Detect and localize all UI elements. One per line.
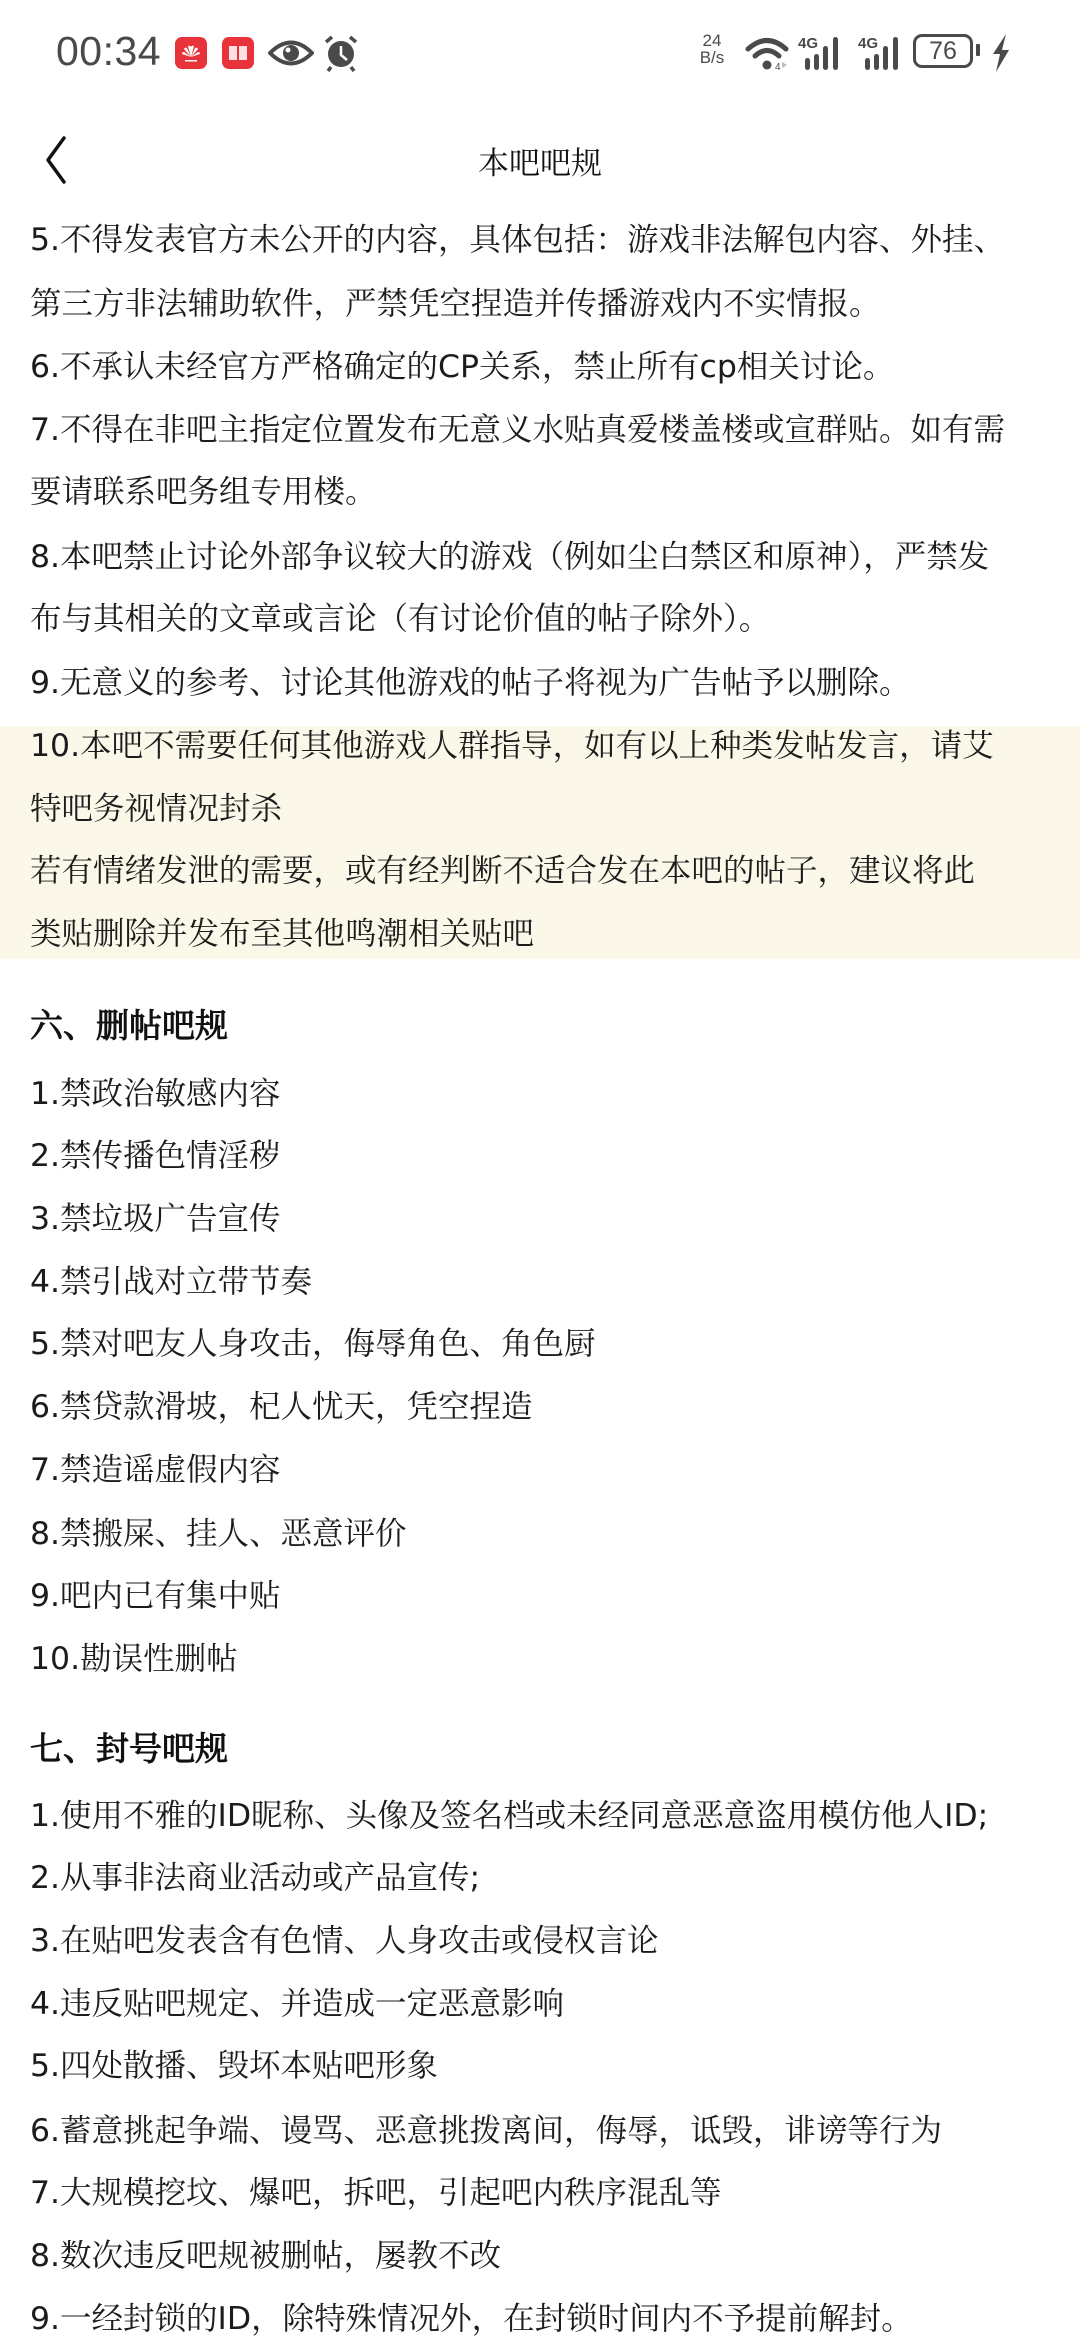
- ban-rule-item: 2.从事非法商业活动或产品宣传;: [30, 1858, 1060, 1898]
- highlighted-line: 10.本吧不需要任何其他游戏人群指导，如有以上种类发帖发言，请艾: [30, 726, 1060, 766]
- alarm-icon: [323, 34, 359, 76]
- network-speed-value: 24: [692, 32, 732, 49]
- rule-line: 8.本吧禁止讨论外部争议较大的游戏（例如尘白禁区和原神），严禁发: [30, 537, 1060, 577]
- rule-line: 布与其相关的文章或言论（有讨论价值的帖子除外）。: [30, 599, 1060, 639]
- 4g-signal-icon-2: 4G: [858, 32, 910, 78]
- ban-rule-item: 3.在贴吧发表含有色情、人身攻击或侵权言论: [30, 1921, 1060, 1961]
- huawei-app-icon: [175, 37, 207, 69]
- 4g-signal-icon: 4G: [798, 32, 850, 78]
- delete-rule-item: 1.禁政治敏感内容: [30, 1074, 1060, 1114]
- rule-line: 要请联系吧务组专用楼。: [30, 472, 1060, 512]
- rule-line: 7.不得在非吧主指定位置发布无意义水贴真爱楼盖楼或宣群贴。如有需: [30, 410, 1060, 450]
- highlighted-line: 类贴删除并发布至其他鸣潮相关贴吧: [30, 914, 1060, 954]
- clock: 00:34: [56, 28, 161, 75]
- network-speed: 24 B/s: [692, 32, 732, 66]
- battery-indicator: 76: [913, 34, 973, 68]
- delete-rule-item: 9.吧内已有集中贴: [30, 1576, 1060, 1616]
- status-bar: 00:34 24 B/s 4 4G 4G 76: [0, 0, 1080, 110]
- delete-rule-item: 5.禁对吧友人身攻击，侮辱角色、角色厨: [30, 1324, 1060, 1364]
- network-speed-unit: B/s: [692, 49, 732, 66]
- rule-line: 5.不得发表官方未公开的内容，具体包括：游戏非法解包内容、外挂、: [30, 220, 1060, 260]
- ban-rule-item: 8.数次违反吧规被删帖，屡教不改: [30, 2236, 1060, 2276]
- delete-rule-item: 2.禁传播色情淫秽: [30, 1136, 1060, 1176]
- highlighted-line: 若有情绪发泄的需要，或有经判断不适合发在本吧的帖子，建议将此: [30, 851, 1060, 891]
- delete-rule-item: 4.禁引战对立带节奏: [30, 1262, 1060, 1302]
- svg-text:4: 4: [775, 62, 781, 72]
- battery-tip: [976, 44, 980, 56]
- nav-bar: 本吧吧规: [0, 110, 1080, 210]
- rule-line: 第三方非法辅助软件，严禁凭空捏造并传播游戏内不实情报。: [30, 284, 1060, 324]
- section-heading-ban-rules: 七、封号吧规: [30, 1729, 228, 1769]
- charging-bolt-icon: [990, 34, 1012, 76]
- svg-text:4G: 4G: [858, 35, 878, 52]
- delete-rule-item: 8.禁搬屎、挂人、恶意评价: [30, 1514, 1060, 1554]
- delete-rule-item: 6.禁贷款滑坡，杞人忧天，凭空捏造: [30, 1387, 1060, 1427]
- ban-rule-item: 4.违反贴吧规定、并造成一定恶意影响: [30, 1984, 1060, 2024]
- delete-rule-item: 3.禁垃圾广告宣传: [30, 1199, 1060, 1239]
- section-heading-delete-rules: 六、删帖吧规: [30, 1006, 228, 1046]
- ban-rule-item: 5.四处散播、毁坏本贴吧形象: [30, 2046, 1060, 2086]
- highlighted-line: 特吧务视情况封杀: [30, 789, 1060, 829]
- ban-rule-item: 6.蓄意挑起争端、谩骂、恶意挑拨离间，侮辱，诋毁，诽谤等行为: [30, 2111, 1060, 2151]
- book-app-icon: [222, 37, 254, 69]
- ban-rule-item: 7.大规模挖坟、爆吧，拆吧，引起吧内秩序混乱等: [30, 2173, 1060, 2213]
- page-title: 本吧吧规: [0, 138, 1080, 183]
- delete-rule-item: 10.勘误性删帖: [30, 1639, 1060, 1679]
- ban-rule-item: 9.一经封锁的ID，除特殊情况外，在封锁时间内不予提前解封。: [30, 2299, 1060, 2339]
- wifi-icon: 4: [745, 36, 791, 76]
- delete-rule-item: 7.禁造谣虚假内容: [30, 1450, 1060, 1490]
- rule-line: 9.无意义的参考、讨论其他游戏的帖子将视为广告帖予以删除。: [30, 663, 1060, 703]
- rule-line: 6.不承认未经官方严格确定的CP关系，禁止所有cp相关讨论。: [30, 347, 1060, 387]
- ban-rule-item: 1.使用不雅的ID昵称、头像及签名档或未经同意恶意盗用模仿他人ID;: [30, 1796, 1060, 1836]
- eye-icon: [268, 36, 314, 74]
- svg-text:4G: 4G: [798, 35, 818, 52]
